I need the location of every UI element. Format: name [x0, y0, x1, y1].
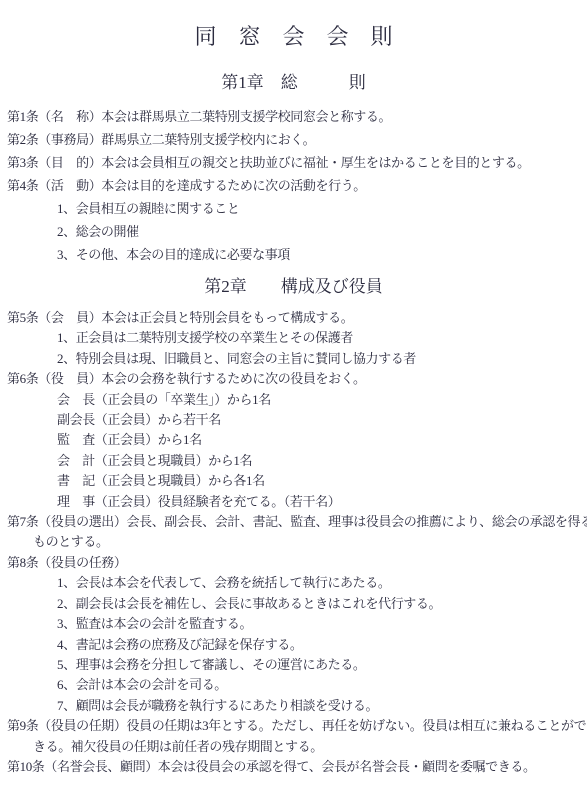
sub-item-line: 4、書記は会務の庶務及び記録を保存する。: [0, 635, 587, 655]
continuation-line: きる。補欠役員の任期は前任者の残存期間とする。: [0, 737, 587, 757]
continuation-line: ものとする。: [0, 532, 587, 552]
sub-item-line: 2、特別会員は現、旧職員と、同窓会の主旨に賛同し協力する者: [0, 349, 587, 369]
chapter-2-heading: 第2章 構成及び役員: [0, 276, 587, 298]
sub-item-line: 1、正会員は二葉特別支援学校の卒業生とその保護者: [0, 328, 587, 348]
article-line: 第6条（役 員）本会の会務を執行するために次の役員をおく。: [0, 369, 587, 389]
sub-item-line: 3、その他、本会の目的達成に必要な事項: [0, 243, 587, 266]
article-line: 第3条（目 的）本会は会員相互の親交と扶助並びに福祉・厚生をはかることを目的とす…: [0, 151, 587, 174]
role-item-line: 会 計（正会員と現職員）から1名: [0, 451, 587, 471]
article-line: 第9条（役員の任期）役員の任期は3年とする。ただし、再任を妨げない。役員は相互に…: [0, 716, 587, 736]
chapter-1-heading: 第1章 総 則: [0, 72, 587, 94]
sub-item-line: 3、監査は本会の会計を監査する。: [0, 614, 587, 634]
role-item-line: 会 長（正会員の「卒業生」）から1名: [0, 390, 587, 410]
sub-item-line: 6、会計は本会の会計を司る。: [0, 675, 587, 695]
article-line: 第7条（役員の選出）会長、副会長、会計、書記、監査、理事は役員会の推薦により、総…: [0, 512, 587, 532]
role-item-line: 書 記（正会員と現職員）から各1名: [0, 471, 587, 491]
sub-item-line: 5、理事は会務を分担して審議し、その運営にあたる。: [0, 655, 587, 675]
sub-item-line: 1、会員相互の親睦に関すること: [0, 197, 587, 220]
role-item-line: 監 査（正会員）から1名: [0, 430, 587, 450]
document-page: 同 窓 会 会 則 第1章 総 則 第1条（名 称）本会は群馬県立二葉特別支援学…: [0, 0, 587, 800]
article-line: 第2条（事務局）群馬県立二葉特別支援学校内におく。: [0, 128, 587, 151]
article-line: 第4条（活 動）本会は目的を達成するために次の活動を行う。: [0, 174, 587, 197]
article-line: 第8条（役員の任務）: [0, 553, 587, 573]
role-item-line: 理 事（正会員）役員経験者を充てる。（若干名）: [0, 492, 587, 512]
chapter-1-body: 第1条（名 称）本会は群馬県立二葉特別支援学校同窓会と称する。 第2条（事務局）…: [0, 105, 587, 266]
sub-item-line: 2、総会の開催: [0, 220, 587, 243]
chapter-2-body: 第5条（会 員）本会は正会員と特別会員をもって構成する。 1、正会員は二葉特別支…: [0, 308, 587, 777]
article-line: 第1条（名 称）本会は群馬県立二葉特別支援学校同窓会と称する。: [0, 105, 587, 128]
doc-title: 同 窓 会 会 則: [0, 0, 587, 52]
sub-item-line: 2、副会長は会長を補佐し、会長に事故あるときはこれを代行する。: [0, 594, 587, 614]
article-line: 第10条（名誉会長、顧問）本会は役員会の承認を得て、会長が名誉会長・顧問を委嘱で…: [0, 757, 587, 777]
sub-item-line: 7、顧問は会長が職務を執行するにあたり相談を受ける。: [0, 696, 587, 716]
sub-item-line: 1、会長は本会を代表して、会務を統括して執行にあたる。: [0, 573, 587, 593]
article-line: 第5条（会 員）本会は正会員と特別会員をもって構成する。: [0, 308, 587, 328]
role-item-line: 副会長（正会員）から若干名: [0, 410, 587, 430]
